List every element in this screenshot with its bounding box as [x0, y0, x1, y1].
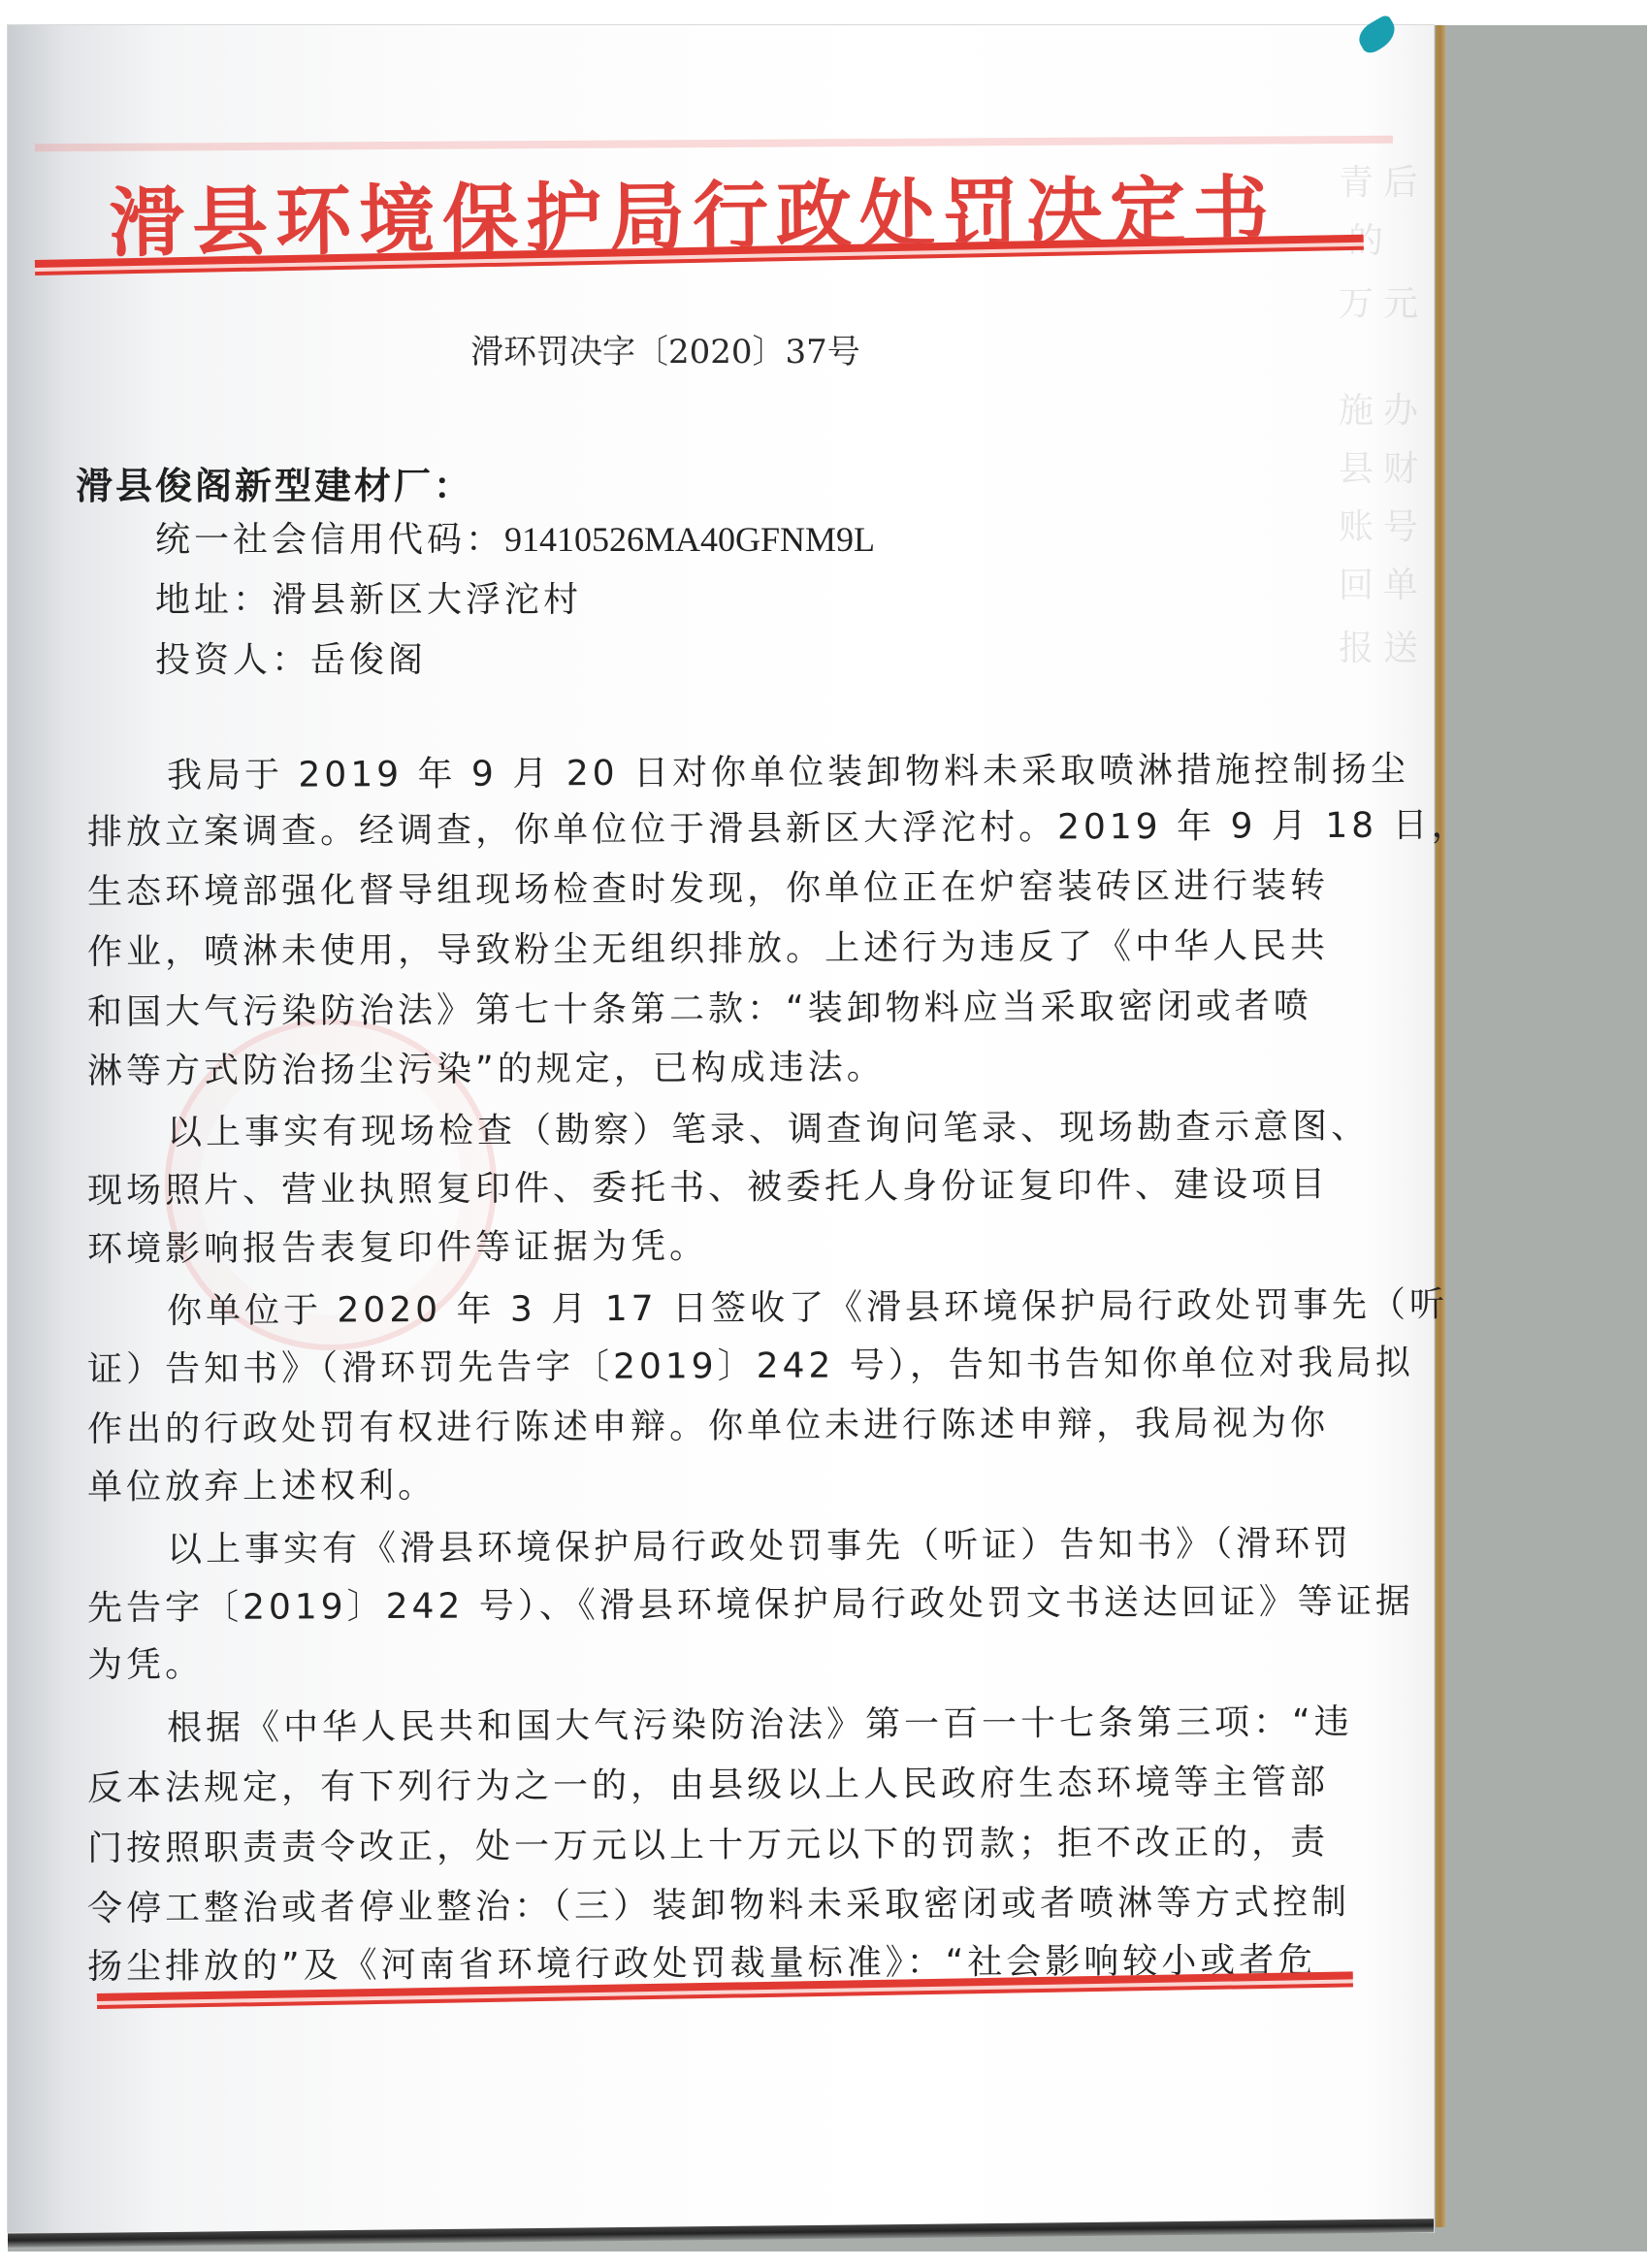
body-line: 根据《中华人民共和国大气污染防治法》第一百一十七条第三项：“违: [167, 1695, 1353, 1750]
bleed-through-text: 账号: [1339, 500, 1428, 549]
bleed-through-text: 报送: [1339, 621, 1428, 670]
credit-code-label: 统一社会信用代码：: [155, 520, 504, 560]
body-line: 和国大气污染防治法》第七十条第二款：“装卸物料应当采取密闭或者喷: [87, 979, 1312, 1035]
body-line: 淋等方式防治扬尘污染”的规定，已构成违法。: [87, 1040, 886, 1093]
document-number: 滑环罚决字〔2020〕37号: [470, 325, 860, 373]
page-edge: [1436, 25, 1445, 2227]
body-line: 门按照职责责令改正，处一万元以上十万元以下的罚款；拒不改正的，责: [87, 1815, 1329, 1871]
body-line: 生态环境部强化督导组现场检查时发现，你单位正在炉窑装砖区进行装转: [87, 859, 1329, 915]
body-line: 环境影响报告表复印件等证据为凭。: [87, 1218, 708, 1271]
address-label: 地址：: [155, 580, 272, 620]
body-line: 作出的行政处罚有权进行陈述申辩。你单位未进行陈述申辩，我局视为你: [87, 1396, 1329, 1452]
bleed-through-text: 回单: [1339, 558, 1428, 607]
investor-row: 投资人：岳俊阁: [155, 632, 427, 682]
investor-label: 投资人：: [155, 640, 310, 680]
bleed-through-text: 施办: [1339, 383, 1428, 433]
body-line: 反本法规定，有下列行为之一的，由县级以上人民政府生态环境等主管部: [87, 1755, 1329, 1811]
body-line: 以上事实有《滑县环境保护局行政处罚事先（听证）告知书》（滑环罚: [167, 1516, 1352, 1571]
body-line: 以上事实有现场检查（勘察）笔录、调查询问笔录、现场勘查示意图、: [167, 1099, 1370, 1154]
bleed-through-text: 万元: [1339, 276, 1428, 326]
body-line: 你单位于 2020 年 3 月 17 日签收了《滑县环境保护局行政处罚事先（听: [167, 1278, 1448, 1334]
body-line: 单位放弃上述权利。: [87, 1458, 436, 1509]
body-line: 排放立案调查。经调查，你单位位于滑县新区大浮沱村。2019 年 9 月 18 日…: [87, 797, 1471, 854]
body-line: 令停工整治或者停业整治：（三）装卸物料未采取密闭或者喷淋等方式控制: [87, 1875, 1350, 1931]
bleed-through-text: 青后: [1339, 155, 1428, 205]
addressee-name: 滑县俊阁新型建材厂：: [76, 456, 473, 509]
body-line: 现场照片、营业执照复印件、委托书、被委托人身份证复印件、建设项目: [87, 1157, 1329, 1214]
body-line: 为凭。: [87, 1637, 204, 1688]
address-value: 滑县新区大浮沱村: [272, 580, 582, 620]
credit-code-value: 91410526MA40GFNM9L: [504, 520, 875, 559]
credit-code-row: 统一社会信用代码：91410526MA40GFNM9L: [155, 512, 875, 562]
body-line: 我局于 2019 年 9 月 20 日对你单位装卸物料未采取喷淋措施控制扬尘: [167, 742, 1409, 798]
investor-value: 岳俊阁: [310, 640, 427, 680]
body-line: 作业，喷淋未使用，导致粉尘无组织排放。上述行为违反了《中华人民共: [87, 919, 1329, 975]
bleed-through-text: 县财: [1339, 441, 1428, 491]
body-line: 先告字〔2019〕242 号）、《滑县环境保护局行政处罚文书送达回证》等证据: [87, 1573, 1414, 1630]
address-row: 地址：滑县新区大浮沱村: [155, 572, 582, 622]
body-line: 证）告知书》（滑环罚先告字〔2019〕242 号），告知书告知你单位对我局拟: [87, 1335, 1414, 1391]
